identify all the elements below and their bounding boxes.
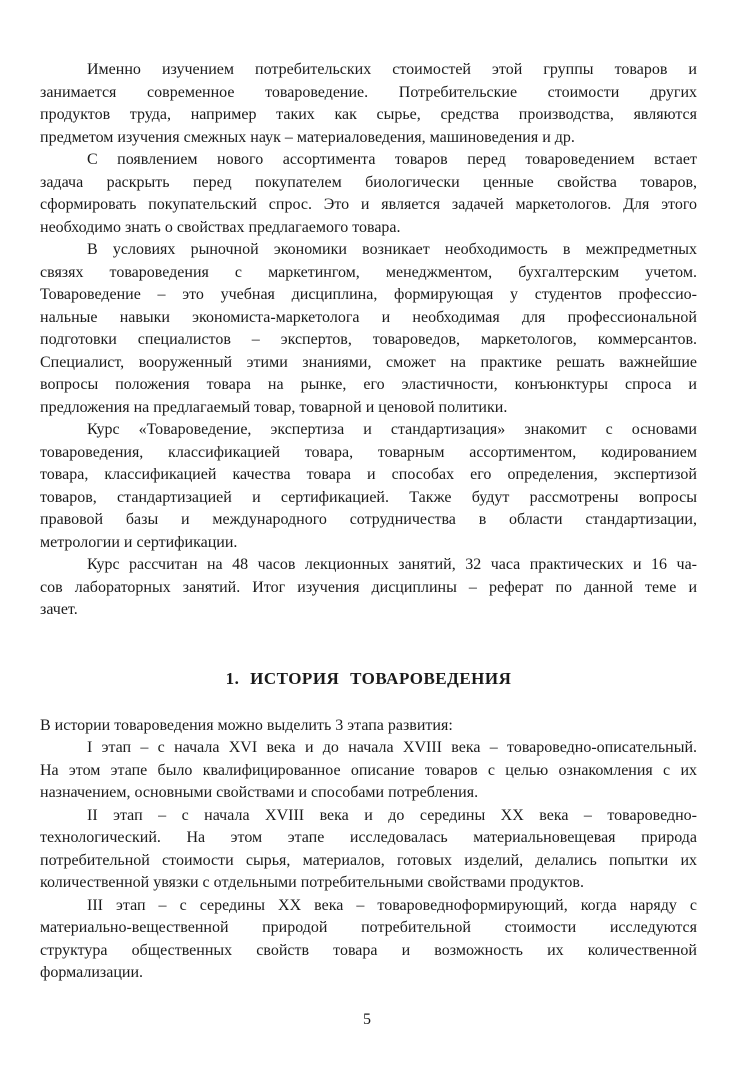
paragraph: С появлением нового ассортимента товаров… — [40, 149, 697, 239]
text-line: продуктов труда, например таких как сырь… — [40, 104, 697, 127]
text-line: I этап – с начала XVI века и до начала X… — [40, 737, 697, 760]
text-line: II этап – с начала XVIII века и до серед… — [40, 805, 697, 828]
text-line: метрологии и сертификации. — [40, 532, 697, 555]
paragraph: В истории товароведения можно выделить 3… — [40, 715, 697, 738]
scanned-book-page: Именно изучением потребительских стоимос… — [0, 0, 734, 1080]
text-line: Специалист, вооруженный этими знаниями, … — [40, 352, 697, 375]
text-line: вопросы положения товара на рынке, его э… — [40, 374, 697, 397]
text-line: количественной увязки с отдельными потре… — [40, 872, 697, 895]
paragraph: I этап – с начала XVI века и до начала X… — [40, 737, 697, 805]
text-line: С появлением нового ассортимента товаров… — [40, 149, 697, 172]
text-line: материально-вещественной природой потреб… — [40, 917, 697, 940]
text-line: технологический. На этом этапе исследова… — [40, 827, 697, 850]
text-line: товароведения, классификацией товара, то… — [40, 442, 697, 465]
text-line: правовой базы и международного сотруднич… — [40, 509, 697, 532]
text-line: Курс «Товароведение, экспертиза и станда… — [40, 419, 697, 442]
paragraph: Курс рассчитан на 48 часов лекционных за… — [40, 554, 697, 622]
text-line: задача раскрыть перед покупателем биолог… — [40, 172, 697, 195]
text-line: сов лабораторных занятий. Итог изучения … — [40, 577, 697, 600]
text-line: В условиях рыночной экономики возникает … — [40, 239, 697, 262]
text-line: назначением, основными свойствами и спос… — [40, 782, 697, 805]
paragraph: Именно изучением потребительских стоимос… — [40, 59, 697, 149]
text-line: структура общественных свойств товара и … — [40, 940, 697, 963]
text-line: нальные навыки экономиста-маркетолога и … — [40, 307, 697, 330]
text-line: В истории товароведения можно выделить 3… — [40, 715, 697, 738]
text-line: сформировать покупательский спрос. Это и… — [40, 194, 697, 217]
text-line: необходимо знать о свойствах предлагаемо… — [40, 217, 697, 240]
page-number: 5 — [0, 1010, 734, 1030]
intro-paragraphs: Именно изучением потребительских стоимос… — [40, 59, 697, 622]
text-line: Курс рассчитан на 48 часов лекционных за… — [40, 554, 697, 577]
text-line: предложения на предлагаемый товар, товар… — [40, 397, 697, 420]
text-line: предметом изучения смежных наук – матери… — [40, 127, 697, 150]
paragraph: Курс «Товароведение, экспертиза и станда… — [40, 419, 697, 554]
text-line: III этап – с середины XX века – товарове… — [40, 895, 697, 918]
text-block: Именно изучением потребительских стоимос… — [40, 59, 697, 985]
text-line: формализации. — [40, 962, 697, 985]
text-line: товара, классификацией качества товара и… — [40, 464, 697, 487]
text-line: Именно изучением потребительских стоимос… — [40, 59, 697, 82]
text-line: зачет. — [40, 599, 697, 622]
text-line: Товароведение – это учебная дисциплина, … — [40, 284, 697, 307]
text-line: товаров, стандартизацией и сертификацией… — [40, 487, 697, 510]
paragraph: III этап – с середины XX века – товарове… — [40, 895, 697, 985]
text-line: занимается современное товароведение. По… — [40, 82, 697, 105]
text-line: связях товароведения с маркетингом, мене… — [40, 262, 697, 285]
text-line: На этом этапе было квалифицированное опи… — [40, 760, 697, 783]
paragraph: II этап – с начала XVIII века и до серед… — [40, 805, 697, 895]
section-heading: 1. ИСТОРИЯ ТОВАРОВЕДЕНИЯ — [40, 667, 697, 691]
paragraph: В условиях рыночной экономики возникает … — [40, 239, 697, 419]
text-line: подготовки специалистов – экспертов, тов… — [40, 329, 697, 352]
history-paragraphs: В истории товароведения можно выделить 3… — [40, 715, 697, 985]
text-line: потребительной стоимости сырья, материал… — [40, 850, 697, 873]
